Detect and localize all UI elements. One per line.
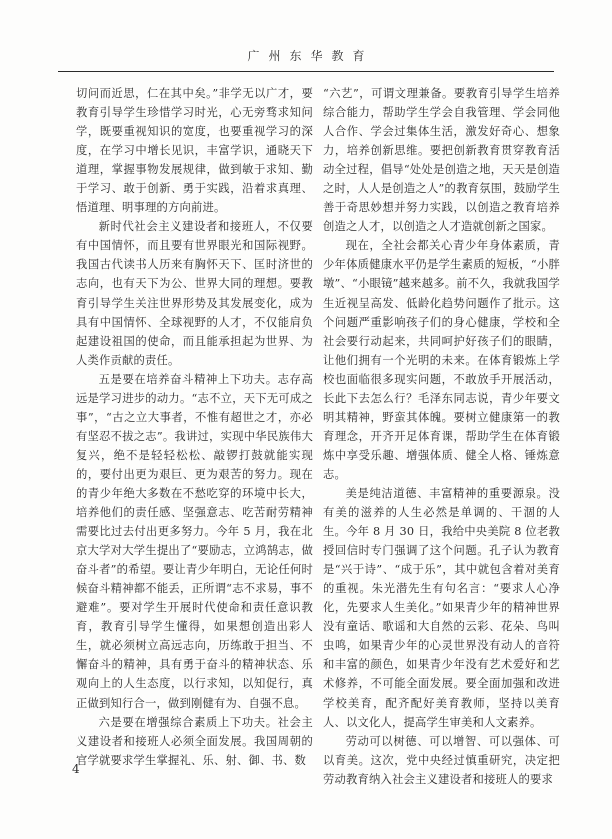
paragraph: 劳动可以树德、可以增智、可以强体、可以育美。这次，党中央经过慎重研究，决定把劳动… [323,732,560,789]
paragraph-continuation: “六艺”，可谓文理兼备。要教育引导学生培养综合能力，帮助学生学会自我管理、学会同… [323,84,560,236]
page-number: 4 [72,762,80,776]
paragraph: 现在，全社会都关心青少年身体素质，青少年体质健康水平仍是学生素质的短板，“小胖墩… [323,236,560,484]
journal-title: 广州东华教育 [238,47,373,64]
paragraph: 新时代社会主义建设者和接班人，不仅要有中国情怀，而且要有世界眼光和国际视野。我国… [76,217,313,369]
right-column: “六艺”，可谓文理兼备。要教育引导学生培养综合能力，帮助学生学会自我管理、学会同… [323,84,560,789]
left-column: 切问而近思，仁在其中矣。”非学无以广才，要教育引导学生珍惜学习时光，心无旁骛求知… [76,84,313,789]
text-content: 切问而近思，仁在其中矣。”非学无以广才，要教育引导学生珍惜学习时光，心无旁骛求知… [76,84,612,789]
header-divider [58,71,554,72]
paragraph: 五是要在培养奋斗精神上下功夫。志存高远是学习进步的动力。“志不立，天下无可成之事… [76,370,313,713]
document-page: 广州东华教育 切问而近思，仁在其中矣。”非学无以广才，要教育引导学生珍惜学习时光… [0,0,612,839]
paragraph: 美是纯洁道德、丰富精神的重要源泉。没有美的滋养的人生必然是单调的、干涸的人生。今… [323,484,560,732]
page-header: 广州东华教育 [0,0,612,64]
paragraph: 六是要在增强综合素质上下功夫。社会主义建设者和接班人必须全面发展。我国周朝的官学… [76,713,313,770]
paragraph-continuation: 切问而近思，仁在其中矣。”非学无以广才，要教育引导学生珍惜学习时光，心无旁骛求知… [76,84,313,217]
